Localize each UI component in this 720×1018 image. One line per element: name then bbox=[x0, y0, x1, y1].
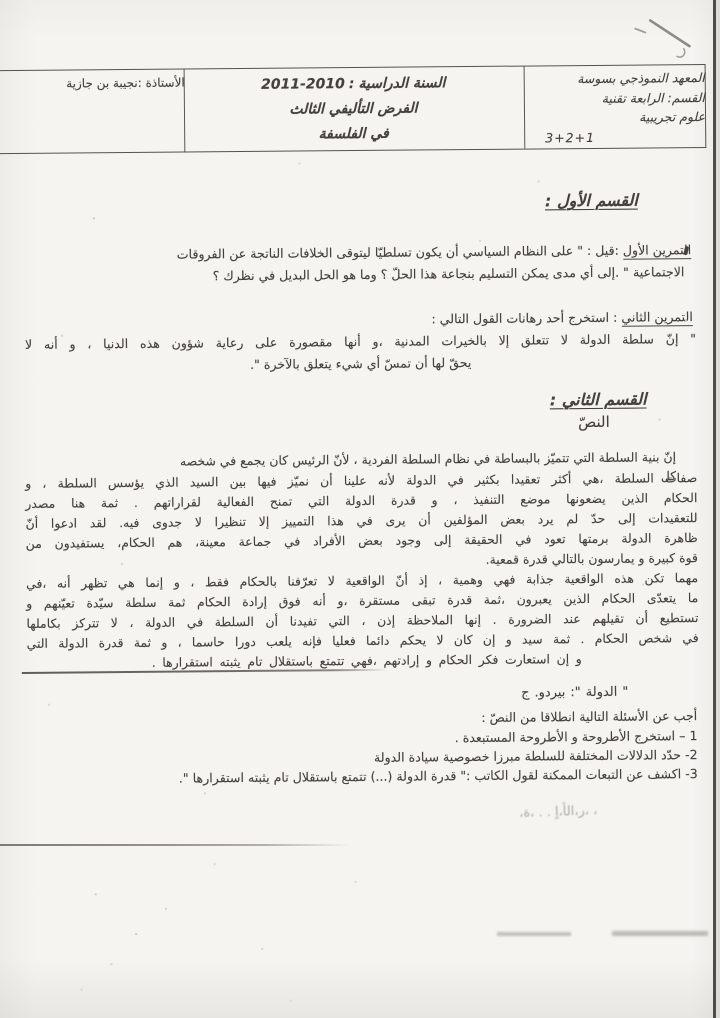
exercise1-line1: التمرين الأول :قيل : " على النظام السياس… bbox=[177, 242, 692, 261]
colon-quote: :" bbox=[570, 685, 580, 700]
author-name: .بيردو bbox=[534, 685, 565, 700]
author-initial: ج bbox=[521, 686, 530, 701]
closing-quote: " bbox=[622, 685, 628, 700]
question-item: 1 – استخرج الأطروحة و الأطروحة المستبعدة… bbox=[455, 728, 698, 745]
faint-smudge bbox=[497, 932, 571, 936]
groups-line: 3+2+1 bbox=[527, 126, 705, 147]
questions-intro: أجب عن الأسئلة التالية انطلاقا من النصّ … bbox=[481, 708, 697, 725]
underline-pen-stroke bbox=[22, 669, 388, 674]
exam-subject-line: في الفلسفة bbox=[185, 121, 522, 149]
exercise2-quote-line2: يحقّ لها أن تمسّ أي شيء يتعلق بالآخرة ". bbox=[25, 353, 696, 374]
handwriting-smudge: ، ،ر،الأ،اٍ . . ،ة، bbox=[519, 800, 704, 821]
exercise2-label: التمرين الثاني bbox=[621, 309, 693, 327]
section2-title: القسم الثاني : bbox=[550, 389, 647, 409]
author-attribution: ج .بيردو :" الدولة " bbox=[521, 685, 628, 701]
exercise1-label: التمرين الأول bbox=[623, 242, 692, 260]
text-line: قوة كبيرة و يمارسون بالتالي قدرة قمعية. bbox=[486, 548, 698, 569]
school-year-value: 2011-2010 bbox=[261, 72, 345, 98]
exercise2-quote-line1: " إنّ سلطة الدولة لا تتعلق إلا بالخيرات … bbox=[25, 331, 696, 352]
faint-smudge bbox=[612, 931, 708, 936]
exam-title-line: الفرض التأليفي الثالث bbox=[185, 96, 522, 124]
scan-streak bbox=[0, 844, 352, 846]
scan-edge bbox=[716, 0, 720, 1018]
scanned-exam-sheet: الأستاذة :نجيبة بن جازية 2011-2010: السن… bbox=[0, 0, 720, 1018]
school-name-line: المعهد النموذجي بسوسة bbox=[527, 68, 705, 89]
scan-edge-line bbox=[713, 0, 716, 1018]
exercise1-question: :قيل : " على النظام السياسي أن يكون تسلط… bbox=[177, 243, 623, 262]
stream-line: علوم تجريبية bbox=[527, 107, 705, 128]
exercise1-line2: الاجتماعية " .إلى أي مدى يمكن التسليم بن… bbox=[213, 264, 685, 283]
school-year-label: السنة الدراسية bbox=[358, 71, 445, 97]
teacher-cell: الأستاذة :نجيبة بن جازية bbox=[0, 69, 191, 153]
exercise2-line1: القسم الثاني :التمرين الثاني : استخرج أح… bbox=[431, 309, 692, 326]
question-item: 2- حدّد الدلالات المختلفة للسلطة مبرزا خ… bbox=[374, 747, 698, 765]
section1-title: القسم الأول : bbox=[545, 191, 638, 211]
work-title: الدولة bbox=[586, 685, 618, 700]
school-year-line: 2011-2010: السنة الدراسية bbox=[185, 71, 522, 99]
question-item: 3- اكشف عن التبعات الممكنة لقول الكاتب :… bbox=[179, 766, 698, 786]
text-subtitle: النصّ bbox=[578, 413, 610, 431]
scanned-document-page: { "page": { "bg": "#f5f4f1", "ink": "#45… bbox=[0, 0, 720, 1018]
school-cell: المعهد النموذجي بسوسة القسم: الرابعة تقن… bbox=[525, 65, 716, 149]
pen-scribble-mark bbox=[628, 7, 707, 68]
exercise2-instruction: : استخرج أحد رهانات القول التالي : bbox=[431, 310, 621, 327]
exam-info-cell: 2011-2010: السنة الدراسية الفرض التأليفي… bbox=[185, 67, 523, 152]
header-table: الأستاذة :نجيبة بن جازية 2011-2010: السن… bbox=[0, 64, 706, 154]
school-year-colon: : bbox=[349, 72, 355, 97]
class-line: القسم: الرابعة تقنية bbox=[527, 87, 705, 108]
